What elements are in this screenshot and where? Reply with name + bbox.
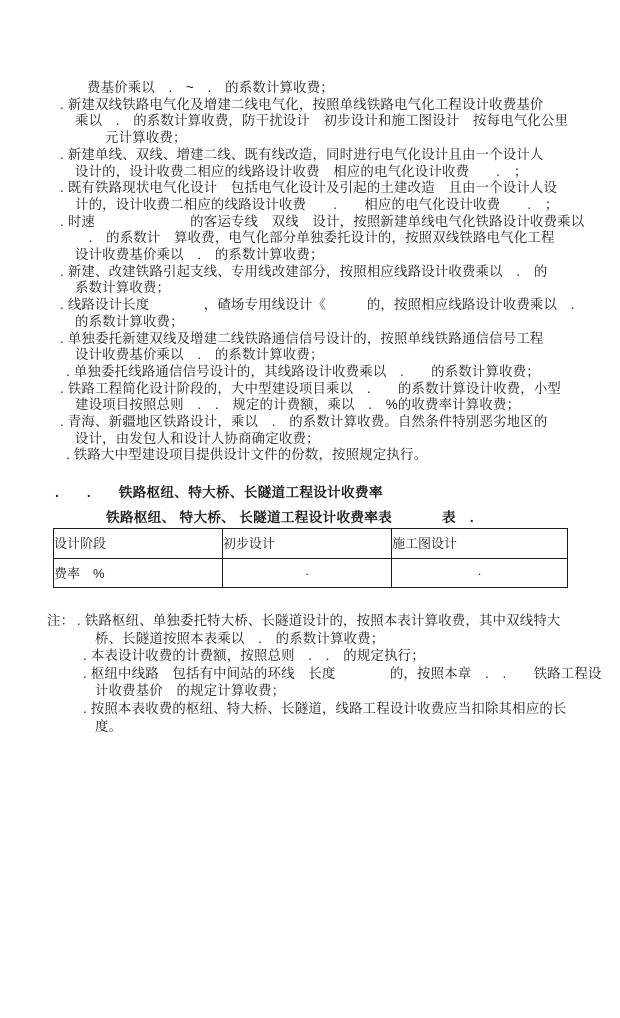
note-line: 桥、长隧道按照本表乘以 . 的系数计算收费； xyxy=(47,630,579,648)
table-header-construction-drawing-design: 施工图设计 xyxy=(392,529,568,559)
note-text: . 铁路枢纽、单独委托特大桥、长隧道设计的，按照本表计算收费，其中双线特大 xyxy=(77,613,561,628)
document-page: 费基价乘以 . ~ . 的系数计算收费； . 新建双线铁路电气化及增建二线电气化… xyxy=(0,0,620,1018)
note-line: . 本表设计收费的计费额，按照总则 . . 的规定执行； xyxy=(47,647,579,665)
notes-section: 注：. 铁路枢纽、单独委托特大桥、长隧道设计的，按照本表计算收费，其中双线特大 … xyxy=(47,612,579,735)
body-line: . 铁路工程简化设计阶段的，大中型建设项目乘以 . 的系数计算设计收费，小型 xyxy=(60,381,575,398)
table-title: 铁路枢纽、 特大桥、 长隧道工程设计收费率表 xyxy=(106,510,392,525)
body-line: . 时速 的客运专线 双线 设计，按照新建单线电气化铁路设计收费乘以 xyxy=(60,214,575,231)
section-heading: . . 铁路枢纽、特大桥、长隧道工程设计收费率 xyxy=(55,481,383,501)
body-line: . 铁路大中型建设项目提供设计文件的份数，按照规定执行。 xyxy=(60,447,575,464)
table-caption: 铁路枢纽、 特大桥、 长隧道工程设计收费率表表 . xyxy=(106,506,474,526)
note-line: . 按照本表收费的枢纽、特大桥、长隧道，线路工程设计收费应当扣除其相应的长 xyxy=(47,700,579,718)
body-line: 设计收费基价乘以 . 的系数计算收费； xyxy=(60,347,575,364)
table-header-preliminary-design: 初步设计 xyxy=(223,529,392,559)
body-line: . 既有铁路现状电气化设计 包括电气化设计及引起的土建改造 且由一个设计人设 xyxy=(60,180,575,197)
note-line: 计收费基价 的规定计算收费； xyxy=(47,682,579,700)
table-cell-construction-rate: . xyxy=(392,559,568,588)
body-line: 系数计算收费； xyxy=(60,280,575,297)
body-paragraphs: 费基价乘以 . ~ . 的系数计算收费； . 新建双线铁路电气化及增建二线电气化… xyxy=(60,80,575,464)
body-line: . 青海、新疆地区铁路设计，乘以 . 的系数计算收费。自然条件特别恶劣地区的 xyxy=(60,414,575,431)
body-line: . 单独委托线路通信信号设计的，其线路设计收费乘以 . 的系数计算收费； xyxy=(60,364,575,381)
note-line: 注：. 铁路枢纽、单独委托特大桥、长隧道设计的，按照本表计算收费，其中双线特大 xyxy=(47,612,579,630)
body-line: . 新建单线、双线、增建二线、既有线改造，同时进行电气化设计且由一个设计人 xyxy=(60,147,575,164)
table-header-row: 设计阶段 初步设计 施工图设计 xyxy=(54,529,568,559)
table-cell-preliminary-rate: . xyxy=(223,559,392,588)
table-reference-number: 表 . xyxy=(442,510,474,525)
table-cell-fee-rate-label: 费率 % xyxy=(54,559,223,588)
fee-rate-table: 设计阶段 初步设计 施工图设计 费率 % . . xyxy=(53,528,568,588)
body-line: . 单独委托新建双线及增建二线铁路通信信号设计的，按照单线铁路通信信号工程 xyxy=(60,331,575,348)
notes-label: 注： xyxy=(47,612,77,630)
body-line: . 新建双线铁路电气化及增建二线电气化，按照单线铁路电气化工程设计收费基价 xyxy=(60,97,575,114)
body-line: 计的，设计收费二相应的线路设计收费 . 相应的电气化设计收费 . ； xyxy=(60,197,575,214)
body-line: 费基价乘以 . ~ . 的系数计算收费； xyxy=(60,80,575,97)
body-line: 元计算收费； xyxy=(60,130,575,147)
body-line: 设计收费基价乘以 . 的系数计算收费； xyxy=(60,247,575,264)
note-line: 度。 xyxy=(47,718,579,736)
body-line: . 线路设计长度 ，碴场专用线设计《 的，按照相应线路设计收费乘以 . xyxy=(60,297,575,314)
body-line: 设计的，设计收费二相应的线路设计收费 相应的电气化设计收费 . ； xyxy=(60,164,575,181)
table-data-row: 费率 % . . xyxy=(54,559,568,588)
table-header-design-stage: 设计阶段 xyxy=(54,529,223,559)
body-line: 设计，由发包人和设计人协商确定收费； xyxy=(60,431,575,448)
body-line: 乘以 . 的系数计算收费，防干扰设计 初步设计和施工图设计 按每电气化公里 xyxy=(60,113,575,130)
body-line: . 新建、改建铁路引起支线、专用线改建部分，按照相应线路设计收费乘以 . 的 xyxy=(60,264,575,281)
body-line: 建设项目按照总则 . . 规定的计费额，乘以 . %的收费率计算收费； xyxy=(60,397,575,414)
body-line: . 的系数计 算收费，电气化部分单独委托设计的，按照双线铁路电气化工程 xyxy=(60,230,575,247)
body-line: 的系数计算收费； xyxy=(60,314,575,331)
note-line: . 枢纽中线路 包括有中间站的环线 长度 的，按照本章 . . 铁路工程设 xyxy=(47,665,579,683)
